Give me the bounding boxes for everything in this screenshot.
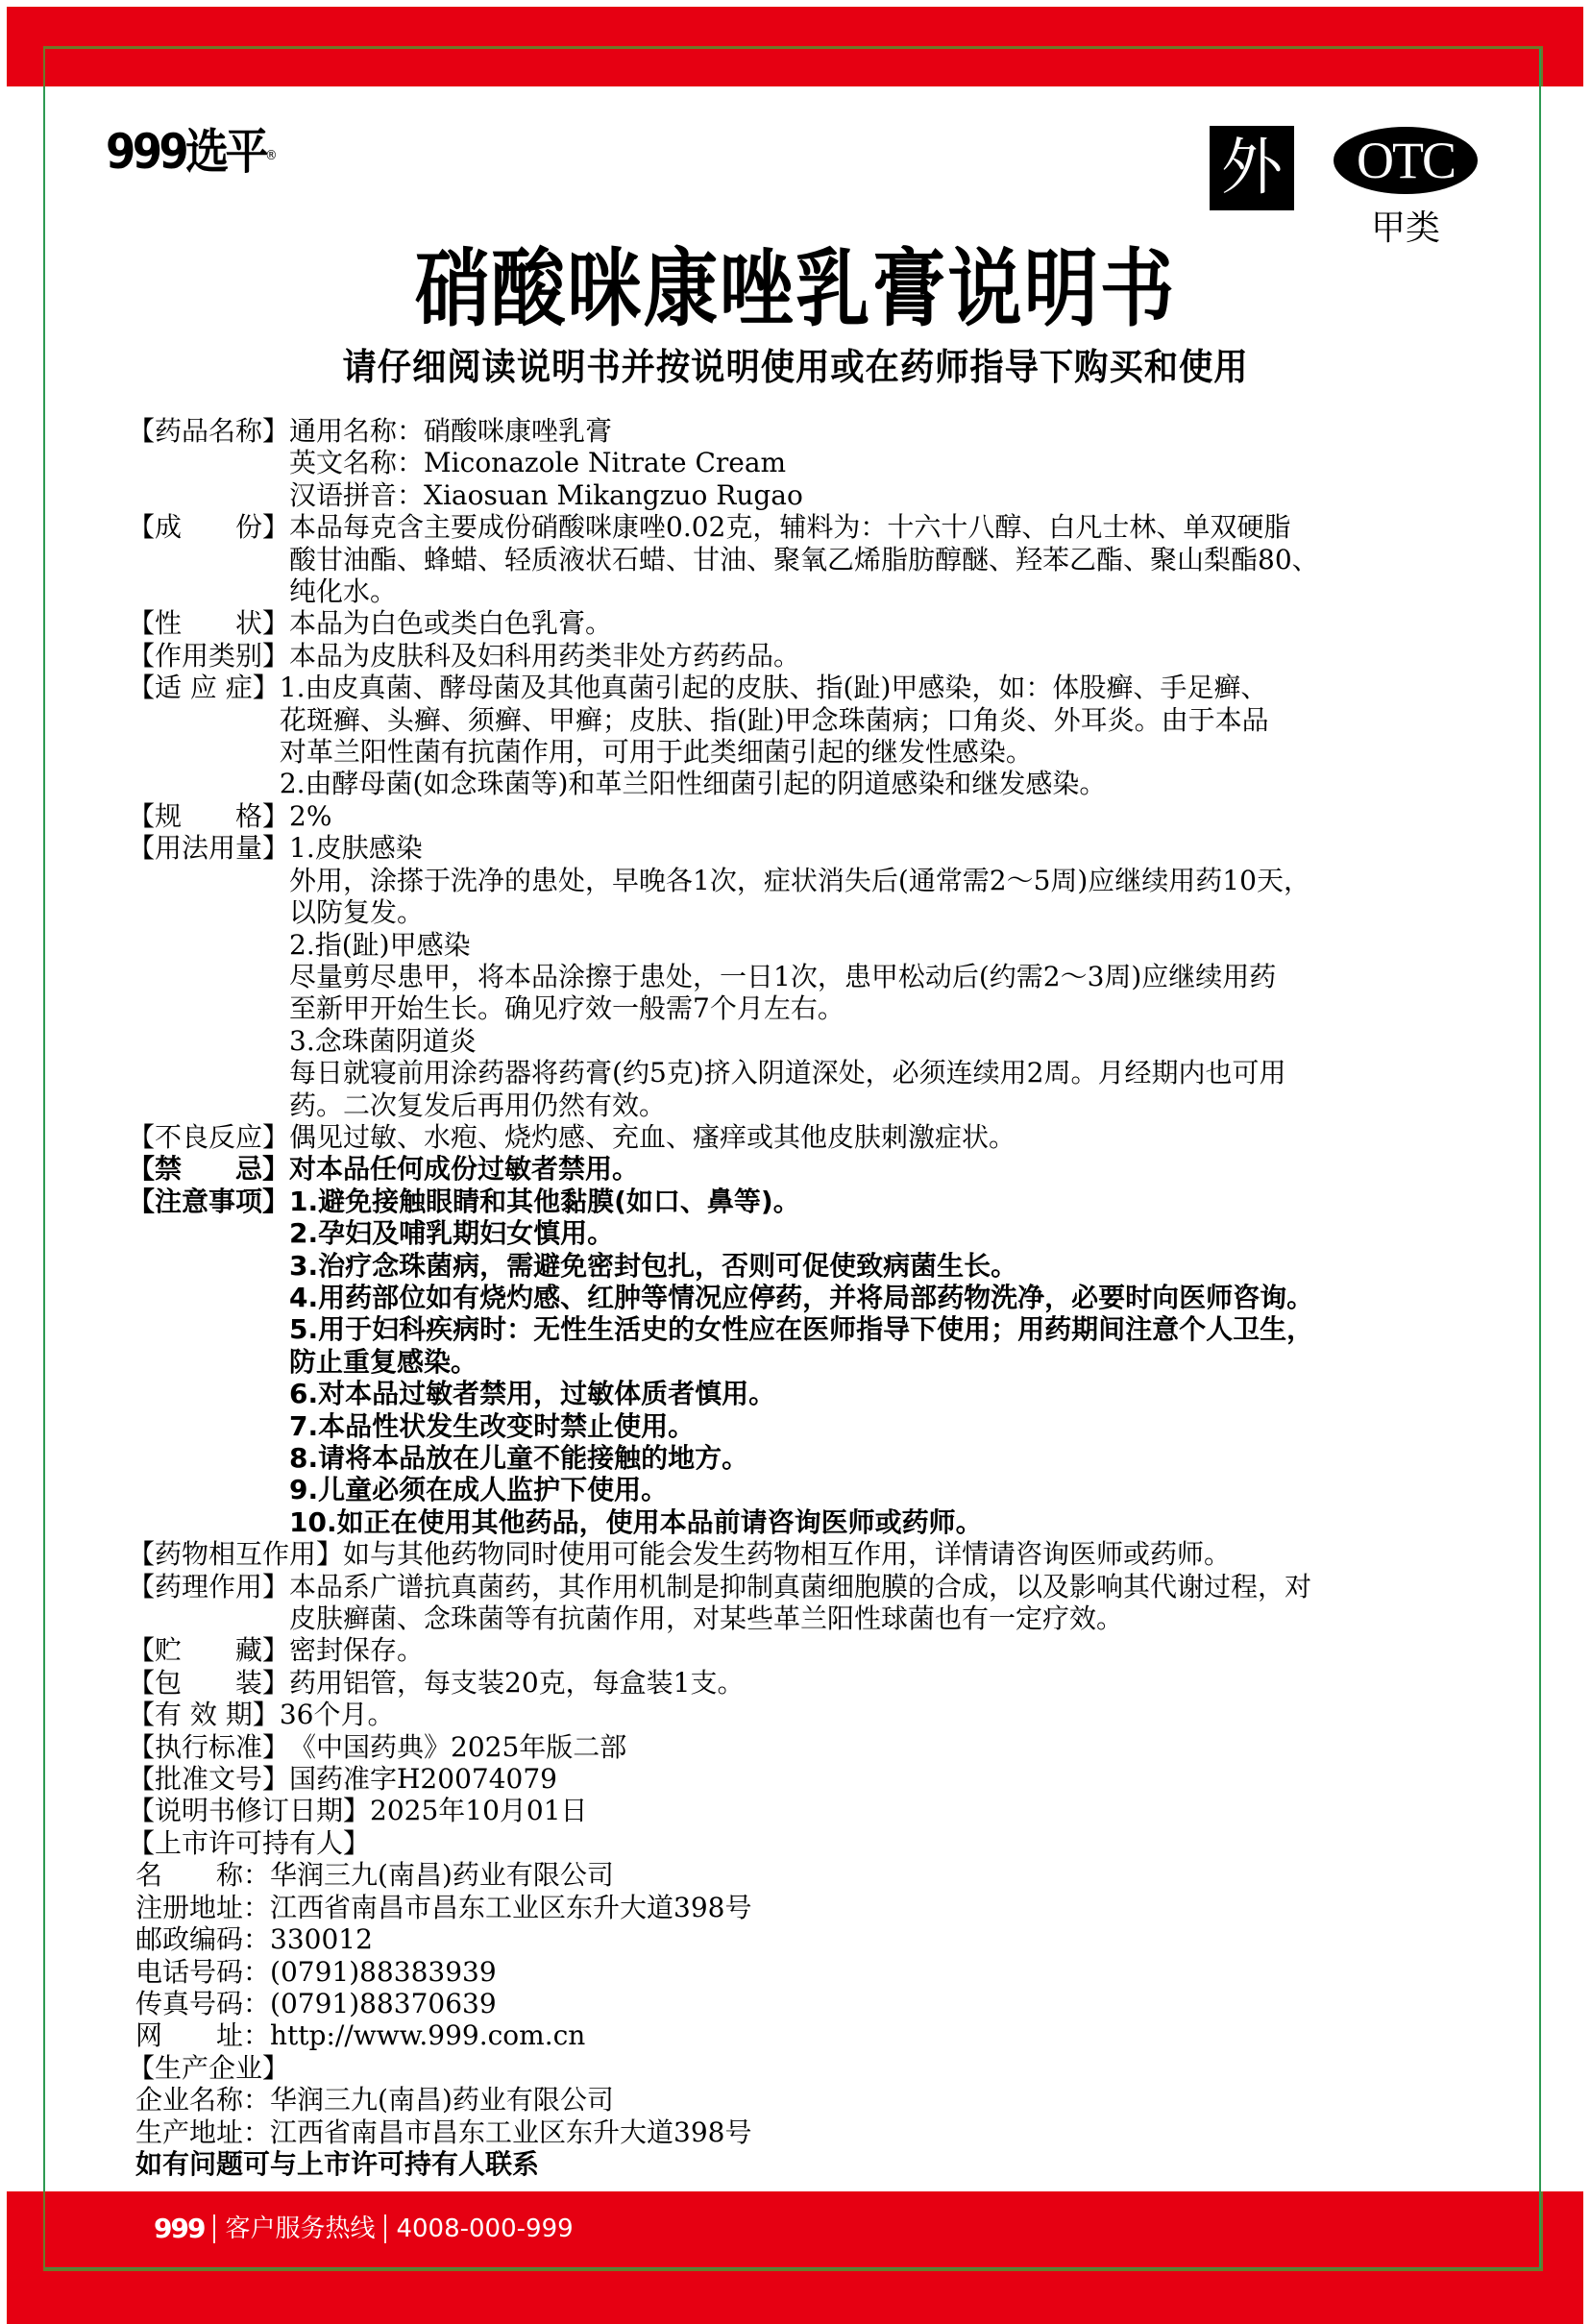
section-line: 5.用于妇科疾病时：无性生活史的女性应在医师指导下使用；用药期间注意个人卫生， bbox=[289, 1313, 1521, 1345]
section-row: 【说明书修订日期】2025年10月01日 bbox=[128, 1795, 1521, 1826]
section-row: 【适 应 症】1.由皮真菌、酵母菌及其他真菌引起的皮肤、指(趾)甲感染，如：体股… bbox=[128, 672, 1521, 800]
brand-logo: 999选平® bbox=[106, 123, 278, 181]
section-row: 【贮 藏】密封保存。 bbox=[128, 1634, 1521, 1666]
info-field: 注册地址：江西省南昌市昌东工业区东升大道398号 bbox=[128, 1892, 1521, 1923]
section-content: 本品系广谱抗真菌药，其作用机制是抑制真菌细胞膜的合成，以及影响其代谢过程，对皮肤… bbox=[289, 1571, 1521, 1635]
section-content: 1.皮肤感染外用，涂搽于洗净的患处，早晚各1次，症状消失后(通常需2～5周)应继… bbox=[289, 832, 1521, 1121]
section-label: 【禁 忌】 bbox=[128, 1153, 289, 1185]
section-row: 【有 效 期】36个月。 bbox=[128, 1699, 1521, 1730]
section-line: 8.请将本品放在儿童不能接触的地方。 bbox=[289, 1442, 1521, 1474]
holder-fields: 名 称：华润三九(南昌)药业有限公司注册地址：江西省南昌市昌东工业区东升大道39… bbox=[128, 1859, 1521, 2051]
hotline-number: 4008-000-999 bbox=[396, 2210, 573, 2248]
section-label: 【贮 藏】 bbox=[128, 1634, 289, 1666]
section-content: 36个月。 bbox=[280, 1699, 1521, 1730]
info-field: 名 称：华润三九(南昌)药业有限公司 bbox=[128, 1859, 1521, 1891]
section-line: 2.指(趾)甲感染 bbox=[289, 929, 1521, 961]
section-line: 10.如正在使用其他药品，使用本品前请咨询医师或药师。 bbox=[289, 1506, 1521, 1538]
section-line: 外用，涂搽于洗净的患处，早晚各1次，症状消失后(通常需2～5周)应继续用药10天… bbox=[289, 865, 1521, 896]
section-label: 【执行标准】 bbox=[128, 1731, 289, 1763]
hotline-label: 客户服务热线 bbox=[225, 2210, 375, 2248]
section-label: 【生产企业】 bbox=[128, 2052, 289, 2084]
section-line: 花斑癣、头癣、须癣、甲癣；皮肤、指(趾)甲念珠菌病；口角炎、外耳炎。由于本品 bbox=[280, 704, 1521, 736]
section-line: 至新甲开始生长。确见疗效一般需7个月左右。 bbox=[289, 992, 1521, 1024]
section-line: 2025年10月01日 bbox=[370, 1795, 1521, 1826]
section-row: 【药理作用】本品系广谱抗真菌药，其作用机制是抑制真菌细胞膜的合成，以及影响其代谢… bbox=[128, 1571, 1521, 1635]
section-label: 【上市许可持有人】 bbox=[128, 1827, 370, 1859]
section-label: 【适 应 症】 bbox=[128, 672, 280, 800]
section-line: 2% bbox=[289, 800, 1521, 832]
section-label: 【说明书修订日期】 bbox=[128, 1795, 370, 1826]
section-line: 皮肤癣菌、念珠菌等有抗菌作用，对某些革兰阳性球菌也有一定疗效。 bbox=[289, 1602, 1521, 1634]
frame-edge bbox=[1541, 2191, 1543, 2270]
section-line: 4.用药部位如有烧灼感、红肿等情况应停药，并将局部药物洗净，必要时向医师咨询。 bbox=[289, 1282, 1521, 1313]
section-content: 本品为皮肤科及妇科用药类非处方药药品。 bbox=[289, 640, 1521, 672]
section-row: 【不良反应】偶见过敏、水疱、烧灼感、充血、瘙痒或其他皮肤刺激症状。 bbox=[128, 1121, 1521, 1153]
frame-top-edge bbox=[43, 46, 1543, 49]
section-line: 国药准字H20074079 bbox=[289, 1763, 1521, 1795]
section-line: 2.由酵母菌(如念珠菌等)和革兰阳性细菌引起的阴道感染和继发感染。 bbox=[280, 768, 1521, 799]
section-line: 药。二次复发后再用仍然有效。 bbox=[289, 1089, 1521, 1121]
sections-list: 【药品名称】通用名称：硝酸咪康唑乳膏英文名称：Miconazole Nitrat… bbox=[128, 415, 1521, 1827]
section-line: 偶见过敏、水疱、烧灼感、充血、瘙痒或其他皮肤刺激症状。 bbox=[289, 1121, 1521, 1153]
section-content: 1.由皮真菌、酵母菌及其他真菌引起的皮肤、指(趾)甲感染，如：体股癣、手足癣、花… bbox=[280, 672, 1521, 800]
manufacturer-heading-row: 【生产企业】 bbox=[128, 2052, 1521, 2084]
section-content: 如与其他药物同时使用可能会发生药物相互作用，详情请咨询医师或药师。 bbox=[343, 1538, 1521, 1570]
section-line: 酸甘油酯、蜂蜡、轻质液状石蜡、甘油、聚氧乙烯脂肪醇醚、羟苯乙酯、聚山梨酯80、 bbox=[289, 544, 1521, 575]
section-label: 【作用类别】 bbox=[128, 640, 289, 672]
section-line: 本品为皮肤科及妇科用药类非处方药药品。 bbox=[289, 640, 1521, 672]
info-field: 传真号码：(0791)88370639 bbox=[128, 1988, 1521, 2019]
registered-mark-icon: ® bbox=[265, 148, 278, 163]
section-row: 【成 份】本品每克含主要成份硝酸咪康唑0.02克，辅料为：十六十八醇、白凡士林、… bbox=[128, 511, 1521, 607]
section-content: 密封保存。 bbox=[289, 1634, 1521, 1666]
section-line: 通用名称：硝酸咪康唑乳膏 bbox=[289, 415, 1521, 447]
section-row: 【禁 忌】对本品任何成份过敏者禁用。 bbox=[128, 1153, 1521, 1185]
section-content: 本品每克含主要成份硝酸咪康唑0.02克，辅料为：十六十八醇、白凡士林、单双硬脂酸… bbox=[289, 511, 1521, 607]
section-label: 【药物相互作用】 bbox=[128, 1538, 343, 1570]
section-line: 纯化水。 bbox=[289, 575, 1521, 607]
section-row: 【批准文号】国药准字H20074079 bbox=[128, 1763, 1521, 1795]
section-line: 以防复发。 bbox=[289, 896, 1521, 928]
leaflet-body: 【药品名称】通用名称：硝酸咪康唑乳膏英文名称：Miconazole Nitrat… bbox=[128, 415, 1521, 2180]
section-content: 药用铝管，每支装20克，每盒装1支。 bbox=[289, 1667, 1521, 1699]
field-value: 330012 bbox=[270, 1923, 373, 1955]
section-line: 2.孕妇及哺乳期妇女慎用。 bbox=[289, 1217, 1521, 1249]
section-line: 3.念珠菌阴道炎 bbox=[289, 1025, 1521, 1057]
section-label: 【性 状】 bbox=[128, 607, 289, 639]
field-key: 企业名称： bbox=[135, 2084, 270, 2116]
section-line: 对本品任何成份过敏者禁用。 bbox=[289, 1153, 1521, 1185]
section-content: 本品为白色或类白色乳膏。 bbox=[289, 607, 1521, 639]
field-value: 华润三九(南昌)药业有限公司 bbox=[270, 1859, 614, 1891]
section-line: 3.治疗念珠菌病，需避免密封包扎，否则可促使致病菌生长。 bbox=[289, 1250, 1521, 1282]
section-line: 《中国药典》2025年版二部 bbox=[289, 1731, 1521, 1763]
section-row: 【药品名称】通用名称：硝酸咪康唑乳膏英文名称：Miconazole Nitrat… bbox=[128, 415, 1521, 511]
field-value: 华润三九(南昌)药业有限公司 bbox=[270, 2084, 614, 2116]
divider bbox=[384, 2214, 386, 2243]
section-line: 防止重复感染。 bbox=[289, 1346, 1521, 1378]
section-line: 每日就寝前用涂药器将药膏(约5克)挤入阴道深处，必须连续用2周。月经期内也可用 bbox=[289, 1057, 1521, 1089]
field-key: 网 址： bbox=[135, 2019, 270, 2051]
field-value: 江西省南昌市昌东工业区东升大道398号 bbox=[270, 2116, 751, 2148]
field-value: (0791)88370639 bbox=[270, 1988, 497, 2019]
section-content: 2025年10月01日 bbox=[370, 1795, 1521, 1826]
section-row: 【作用类别】本品为皮肤科及妇科用药类非处方药药品。 bbox=[128, 640, 1521, 672]
section-row: 【药物相互作用】如与其他药物同时使用可能会发生药物相互作用，详情请咨询医师或药师… bbox=[128, 1538, 1521, 1570]
section-label: 【批准文号】 bbox=[128, 1763, 289, 1795]
section-label: 【包 装】 bbox=[128, 1667, 289, 1699]
field-key: 电话号码： bbox=[135, 1956, 270, 1988]
section-line: 1.皮肤感染 bbox=[289, 832, 1521, 864]
section-line: 密封保存。 bbox=[289, 1634, 1521, 1666]
section-label: 【药理作用】 bbox=[128, 1571, 289, 1635]
field-key: 名 称： bbox=[135, 1859, 270, 1891]
section-line: 1.避免接触眼睛和其他黏膜(如口、鼻等)。 bbox=[289, 1186, 1521, 1217]
section-line: 尽量剪尽患甲，将本品涂擦于患处，一日1次，患甲松动后(约需2～3周)应继续用药 bbox=[289, 961, 1521, 992]
section-line: 汉语拼音：Xiaosuan Mikangzuo Rugao bbox=[289, 479, 1521, 511]
section-row: 【规 格】2% bbox=[128, 800, 1521, 832]
section-line: 9.儿童必须在成人监护下使用。 bbox=[289, 1474, 1521, 1505]
frame-edge bbox=[43, 46, 45, 86]
holder-heading-row: 【上市许可持有人】 bbox=[128, 1827, 1521, 1859]
manufacturer-fields: 企业名称：华润三九(南昌)药业有限公司生产地址：江西省南昌市昌东工业区东升大道3… bbox=[128, 2084, 1521, 2148]
section-content: 2% bbox=[289, 800, 1521, 832]
section-line: 1.由皮真菌、酵母菌及其他真菌引起的皮肤、指(趾)甲感染，如：体股癣、手足癣、 bbox=[280, 672, 1521, 703]
field-value[interactable]: http://www.999.com.cn bbox=[270, 2019, 585, 2051]
section-label: 【规 格】 bbox=[128, 800, 289, 832]
section-label: 【用法用量】 bbox=[128, 832, 289, 1121]
section-content: 对本品任何成份过敏者禁用。 bbox=[289, 1153, 1521, 1185]
section-content: 偶见过敏、水疱、烧灼感、充血、瘙痒或其他皮肤刺激症状。 bbox=[289, 1121, 1521, 1153]
section-line: 本品系广谱抗真菌药，其作用机制是抑制真菌细胞膜的合成，以及影响其代谢过程，对 bbox=[289, 1571, 1521, 1602]
section-line: 6.对本品过敏者禁用，过敏体质者慎用。 bbox=[289, 1378, 1521, 1409]
frame-edge bbox=[1541, 46, 1543, 86]
section-content: 《中国药典》2025年版二部 bbox=[289, 1731, 1521, 1763]
contact-note: 如有问题可与上市许可持有人联系 bbox=[128, 2148, 1521, 2180]
footer-hotline: 999 客户服务热线 4008-000-999 bbox=[154, 2210, 574, 2248]
info-field: 电话号码：(0791)88383939 bbox=[128, 1956, 1521, 1988]
info-field: 邮政编码：330012 bbox=[128, 1923, 1521, 1955]
section-label: 【注意事项】 bbox=[128, 1186, 289, 1538]
field-key: 邮政编码： bbox=[135, 1923, 270, 1955]
external-use-badge: 外 bbox=[1210, 126, 1294, 210]
field-key: 生产地址： bbox=[135, 2116, 270, 2148]
field-value: (0791)88383939 bbox=[270, 1956, 497, 1988]
section-label: 【成 份】 bbox=[128, 511, 289, 607]
divider bbox=[213, 2214, 215, 2243]
section-row: 【注意事项】1.避免接触眼睛和其他黏膜(如口、鼻等)。2.孕妇及哺乳期妇女慎用。… bbox=[128, 1186, 1521, 1538]
frame-edge bbox=[43, 2191, 45, 2270]
field-key: 注册地址： bbox=[135, 1892, 270, 1923]
section-line: 英文名称：Miconazole Nitrate Cream bbox=[289, 447, 1521, 478]
contact-note-text: 如有问题可与上市许可持有人联系 bbox=[135, 2148, 539, 2180]
section-line: 对革兰阳性菌有抗菌作用，可用于此类细菌引起的继发性感染。 bbox=[280, 736, 1521, 768]
footer-brand-logo: 999 bbox=[154, 2210, 204, 2248]
page-subtitle: 请仔细阅读说明书并按说明使用或在药师指导下购买和使用 bbox=[56, 344, 1535, 390]
frame-bottom-edge bbox=[43, 2268, 1543, 2271]
page-title: 硝酸咪康唑乳膏说明书 bbox=[95, 240, 1495, 336]
info-field: 企业名称：华润三九(南昌)药业有限公司 bbox=[128, 2084, 1521, 2116]
info-field: 网 址：http://www.999.com.cn bbox=[128, 2019, 1521, 2051]
section-line: 本品为白色或类白色乳膏。 bbox=[289, 607, 1521, 639]
section-row: 【包 装】药用铝管，每支装20克，每盒装1支。 bbox=[128, 1667, 1521, 1699]
field-value: 江西省南昌市昌东工业区东升大道398号 bbox=[270, 1892, 751, 1923]
section-row: 【性 状】本品为白色或类白色乳膏。 bbox=[128, 607, 1521, 639]
section-row: 【用法用量】1.皮肤感染外用，涂搽于洗净的患处，早晚各1次，症状消失后(通常需2… bbox=[128, 832, 1521, 1121]
section-line: 36个月。 bbox=[280, 1699, 1521, 1730]
section-line: 7.本品性状发生改变时禁止使用。 bbox=[289, 1410, 1521, 1442]
section-label: 【不良反应】 bbox=[128, 1121, 289, 1153]
section-content: 通用名称：硝酸咪康唑乳膏英文名称：Miconazole Nitrate Crea… bbox=[289, 415, 1521, 511]
otc-badge: OTC bbox=[1334, 127, 1478, 194]
section-label: 【有 效 期】 bbox=[128, 1699, 280, 1730]
info-field: 生产地址：江西省南昌市昌东工业区东升大道398号 bbox=[128, 2116, 1521, 2148]
section-label: 【药品名称】 bbox=[128, 415, 289, 511]
section-content: 1.避免接触眼睛和其他黏膜(如口、鼻等)。2.孕妇及哺乳期妇女慎用。3.治疗念珠… bbox=[289, 1186, 1521, 1538]
brand-logo-text: 999选平 bbox=[106, 124, 265, 180]
field-key: 传真号码： bbox=[135, 1988, 270, 2019]
section-line: 药用铝管，每支装20克，每盒装1支。 bbox=[289, 1667, 1521, 1699]
section-row: 【执行标准】《中国药典》2025年版二部 bbox=[128, 1731, 1521, 1763]
section-line: 如与其他药物同时使用可能会发生药物相互作用，详情请咨询医师或药师。 bbox=[343, 1538, 1521, 1570]
section-content: 国药准字H20074079 bbox=[289, 1763, 1521, 1795]
section-line: 本品每克含主要成份硝酸咪康唑0.02克，辅料为：十六十八醇、白凡士林、单双硬脂 bbox=[289, 511, 1521, 543]
